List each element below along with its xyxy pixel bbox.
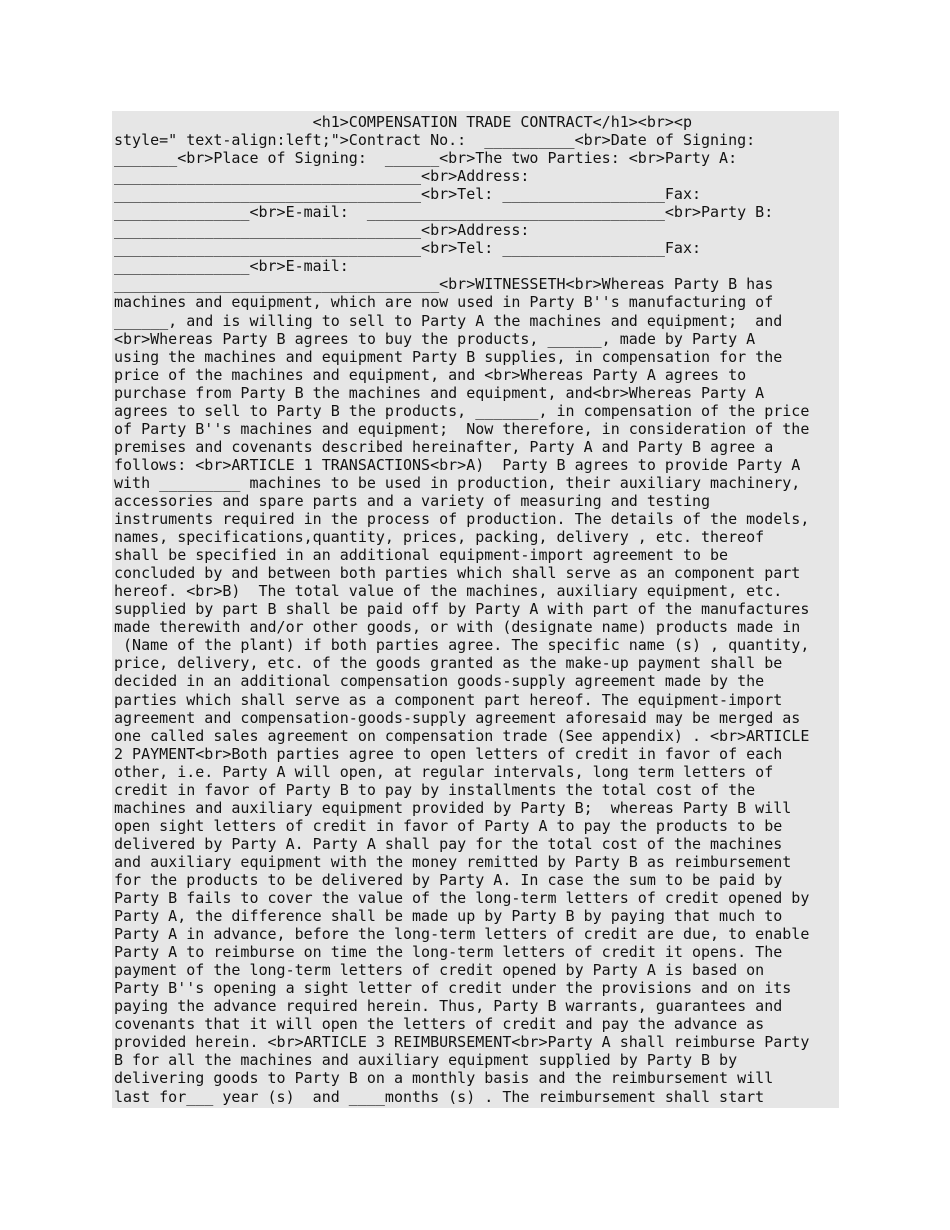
document-page: <h1>COMPENSATION TRADE CONTRACT</h1><br>… bbox=[112, 111, 839, 1108]
contract-template-source-text: <h1>COMPENSATION TRADE CONTRACT</h1><br>… bbox=[114, 113, 837, 1106]
page-background: { "page": { "background_color": "#ffffff… bbox=[0, 0, 950, 1230]
